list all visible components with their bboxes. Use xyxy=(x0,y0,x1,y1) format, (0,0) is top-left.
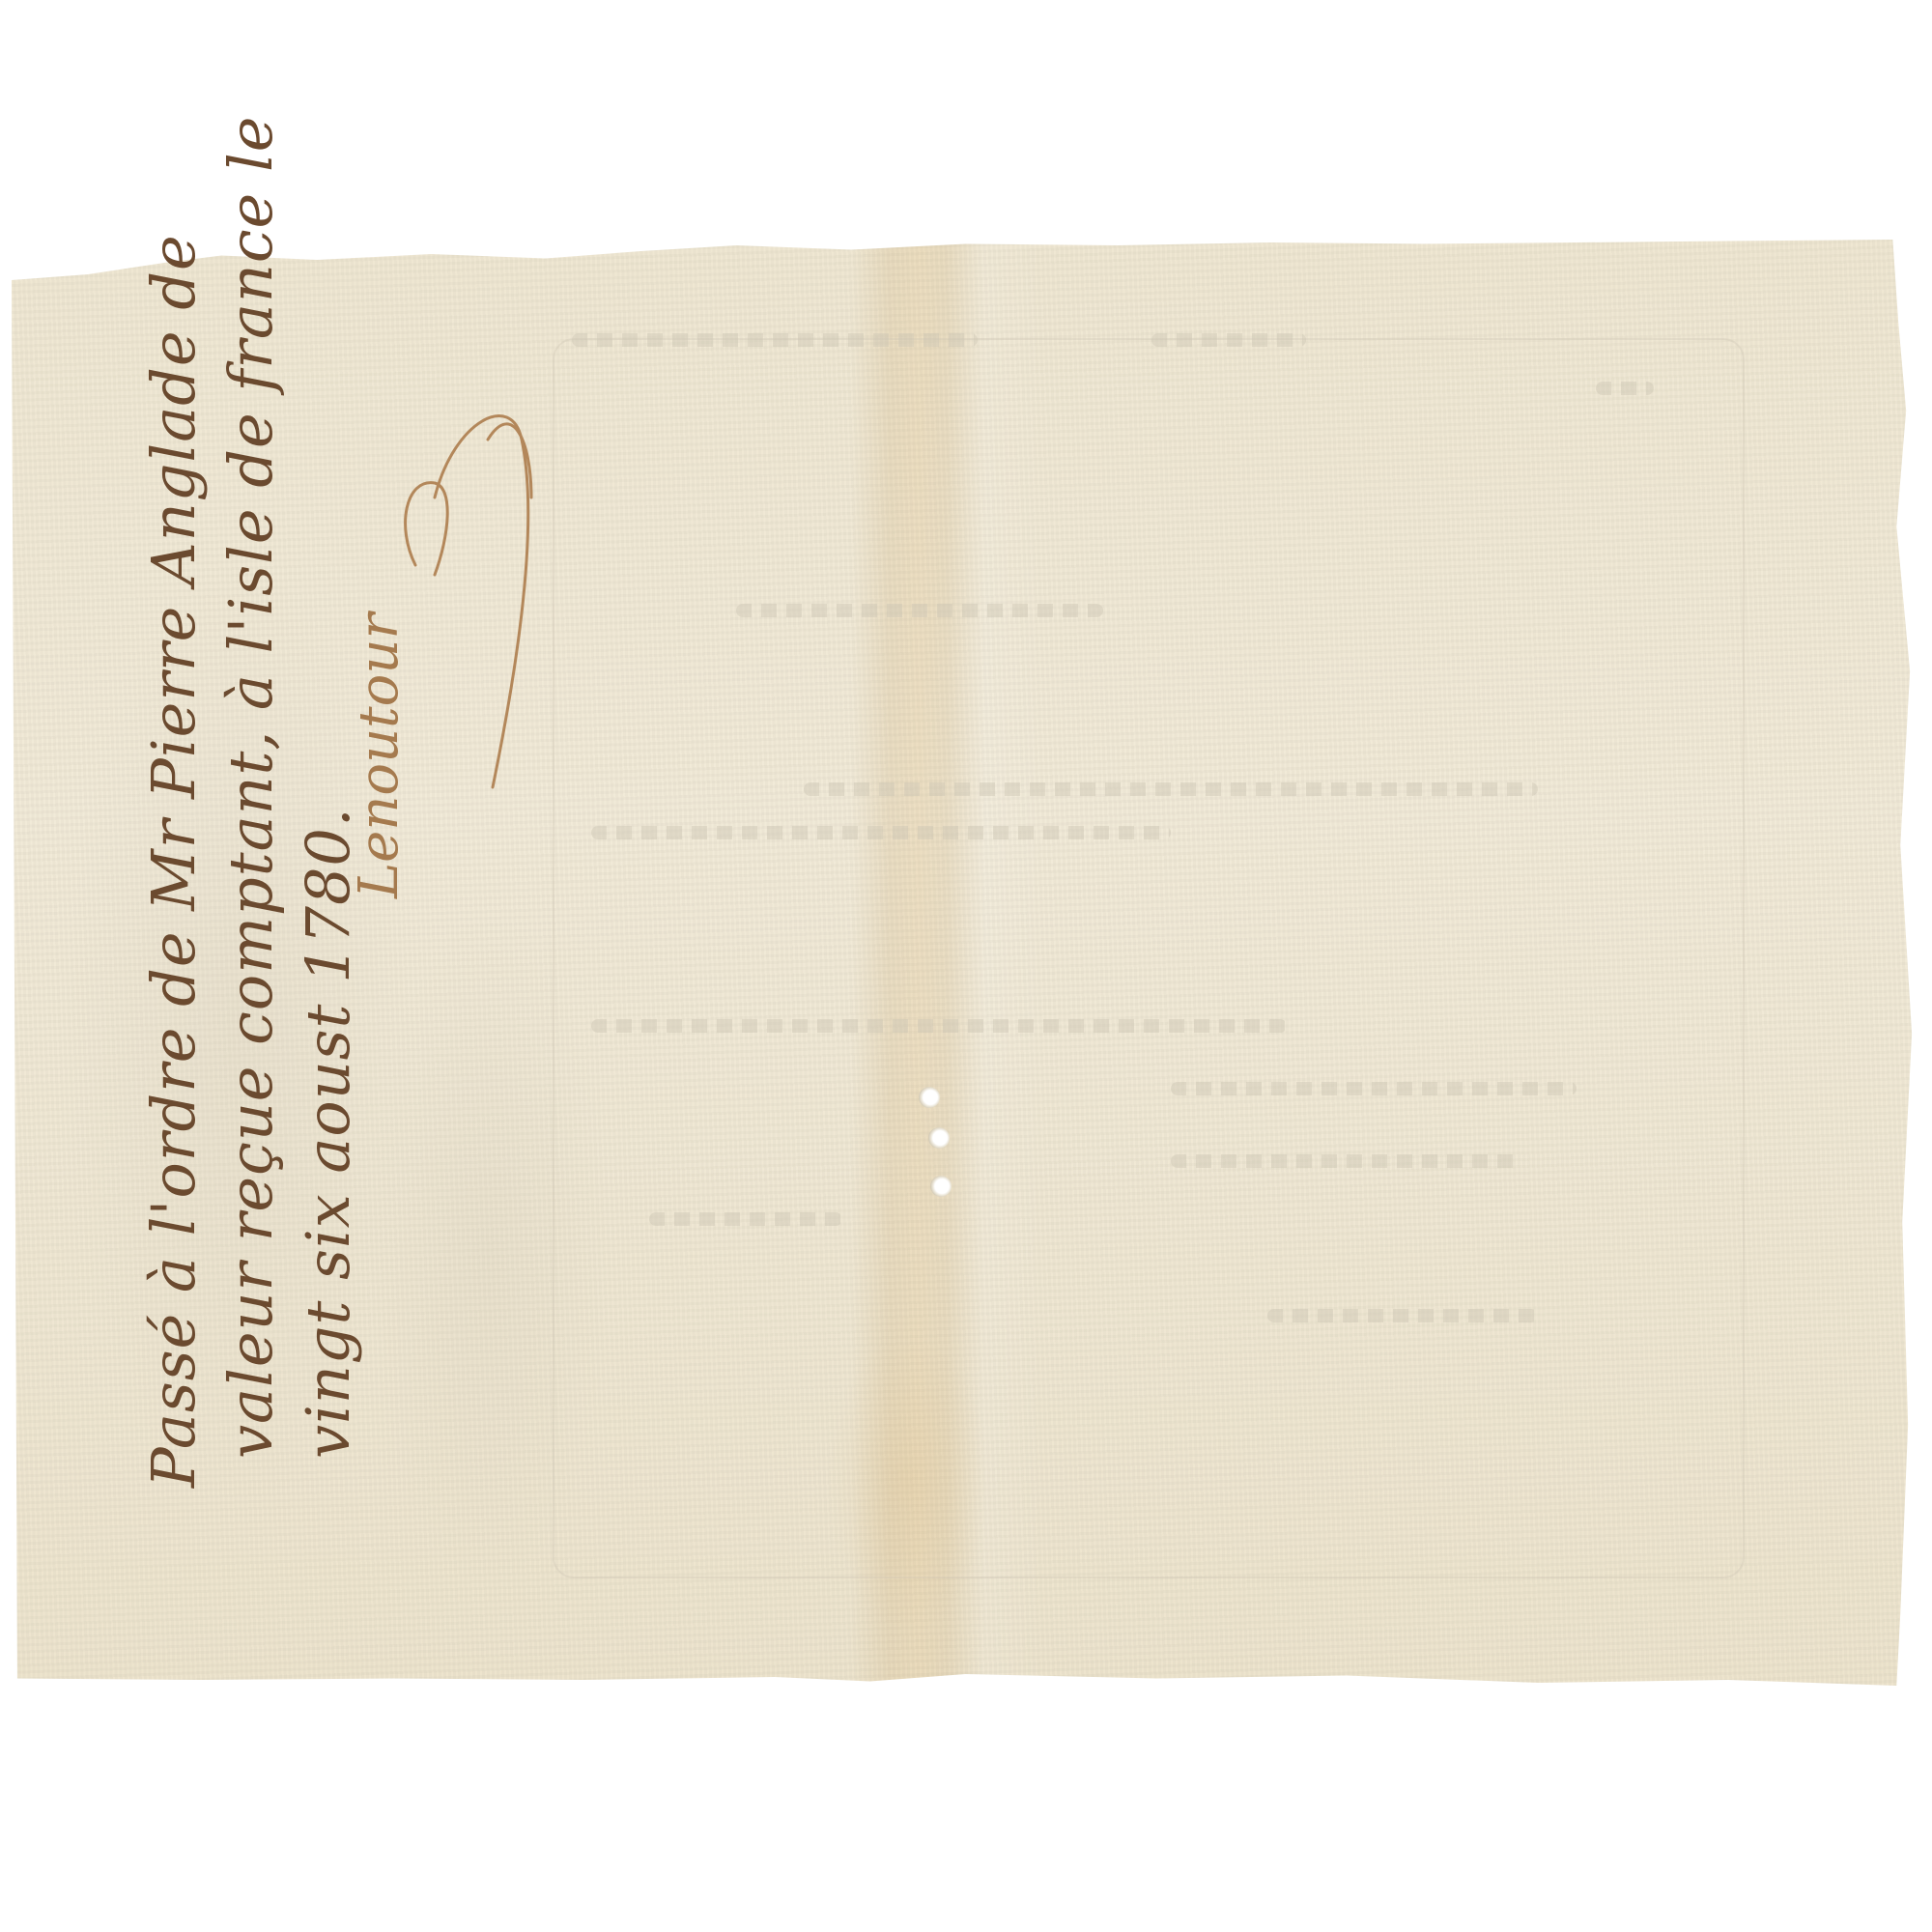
embossed-text-line xyxy=(649,1212,842,1226)
embossed-text-line xyxy=(1267,1309,1538,1322)
endorsement-line-2: valeur reçue comptant, à l'isle de franc… xyxy=(213,213,290,1488)
embossed-text-line xyxy=(572,333,978,347)
signature-paraph-flourish xyxy=(396,382,541,816)
hole xyxy=(919,1087,940,1108)
embossed-text-line xyxy=(1596,382,1654,395)
embossed-text-line xyxy=(1151,333,1306,347)
paper-holes xyxy=(905,1087,963,1222)
embossed-frame xyxy=(553,338,1745,1578)
endorsement-text: Passé à l'ordre de Mr Pierre Anglade de … xyxy=(135,213,367,1488)
embossed-text-line xyxy=(1171,1154,1519,1168)
endorsement-line-1: Passé à l'ordre de Mr Pierre Anglade de xyxy=(135,213,213,1488)
embossed-text-line xyxy=(804,782,1538,796)
embossed-text-line xyxy=(591,826,1171,839)
hole xyxy=(928,1127,950,1149)
embossed-text-line xyxy=(591,1019,1287,1033)
embossed-text-line xyxy=(1171,1082,1577,1095)
embossed-text-line xyxy=(736,604,1103,617)
hole xyxy=(930,1176,952,1197)
